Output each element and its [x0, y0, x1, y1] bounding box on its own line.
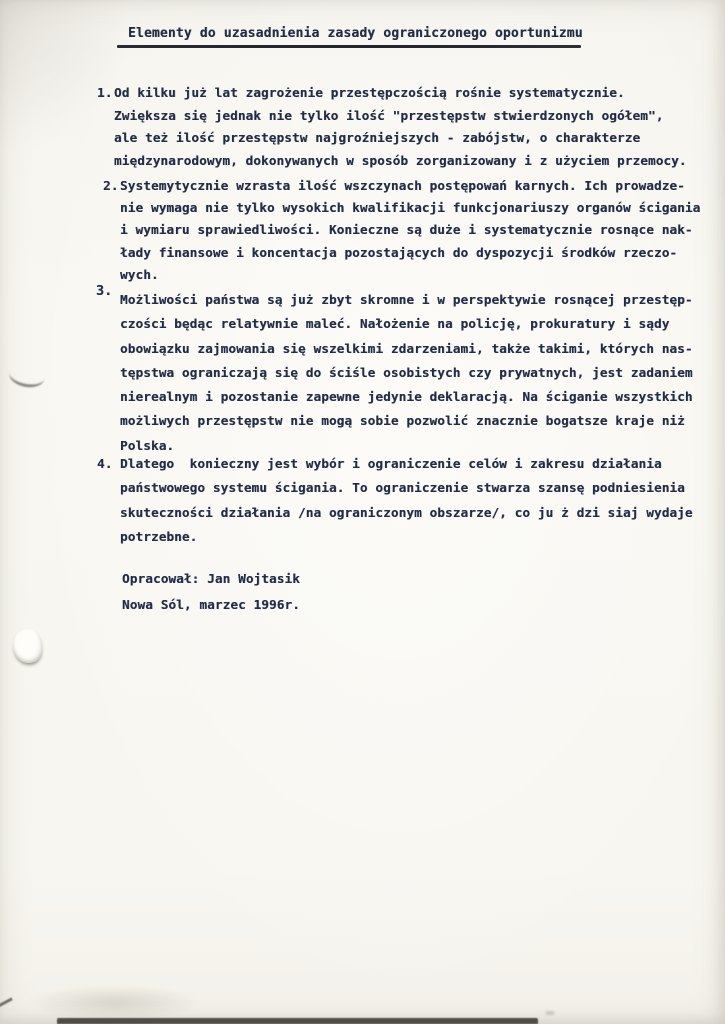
text-line: skuteczności działania /na ograniczonym … — [120, 505, 725, 529]
text-line: nie wymaga nie tylko wysokich kwalifikac… — [120, 200, 725, 222]
text-line: nierealnym i pozostanie zapewne jedynie … — [120, 389, 725, 413]
paragraph-2: 2. Systemytycznie wzrasta ilość wszczyna… — [0, 178, 725, 289]
paragraph-4: 4. Dlatego konieczny jest wybór i ograni… — [0, 456, 725, 553]
scan-smudge-bottomleft — [30, 985, 200, 1021]
list-number-2: 2. — [103, 178, 118, 193]
text-line: wych. — [120, 267, 725, 289]
text-line: obowiązku zajmowania się wszelkimi zdarz… — [120, 341, 725, 365]
list-number-4: 4. — [97, 456, 112, 471]
text-line: Możliwości państwa są już zbyt skromne i… — [120, 292, 725, 316]
paragraph-3: 3. Możliwości państwa są już zbyt skromn… — [0, 292, 725, 462]
text-line: tępstwa ograniczają się do ściśle osobis… — [120, 365, 725, 389]
document-title: Elementy do uzasadnienia zasady ogranicz… — [128, 26, 583, 41]
text-line: i wymiaru sprawiedliwości. Konieczne są … — [120, 222, 725, 244]
list-number-1: 1. — [97, 85, 112, 100]
text-line: Dlatego konieczny jest wybór i ogranicze… — [120, 456, 725, 480]
text-line: Zwiększa się jednak nie tylko ilość "prz… — [114, 108, 725, 131]
hole-punch-shadow-bottom — [11, 628, 43, 665]
scan-edge-bar — [57, 1018, 538, 1024]
text-line: łady finansowe i koncentacja pozostający… — [120, 245, 725, 267]
text-line: czości będąc relatywnie maleć. Nałożenie… — [120, 316, 725, 340]
document-footer: Opracował: Jan Wojtasik Nowa Sól, marzec… — [122, 571, 300, 623]
scan-scratch-mark — [0, 997, 13, 1007]
place-date-line: Nowa Sól, marzec 1996r. — [122, 597, 300, 623]
text-line: potrzebne. — [120, 529, 725, 553]
text-line: możliwych przestępstw nie mogą sobie poz… — [120, 413, 725, 437]
title-underline — [117, 45, 581, 48]
scanned-document-page: Elementy do uzasadnienia zasady ogranicz… — [0, 0, 725, 1024]
paragraph-1: 1. Od kilku już lat zagrożenie przestępc… — [0, 85, 725, 175]
text-line: Od kilku już lat zagrożenie przestępczoś… — [114, 85, 725, 108]
text-line: międzynarodowym, dokonywanych w sposób z… — [114, 153, 725, 176]
text-line: państwowego systemu ścigania. To ogranic… — [120, 480, 725, 504]
text-line: Systemytycznie wzrasta ilość wszczynach … — [120, 178, 725, 200]
author-line: Opracował: Jan Wojtasik — [122, 571, 300, 597]
list-number-3: 3. — [96, 284, 112, 299]
text-line: ale też ilość przestępstw najgroźniejszy… — [114, 130, 725, 153]
scan-speck — [545, 1011, 555, 1015]
